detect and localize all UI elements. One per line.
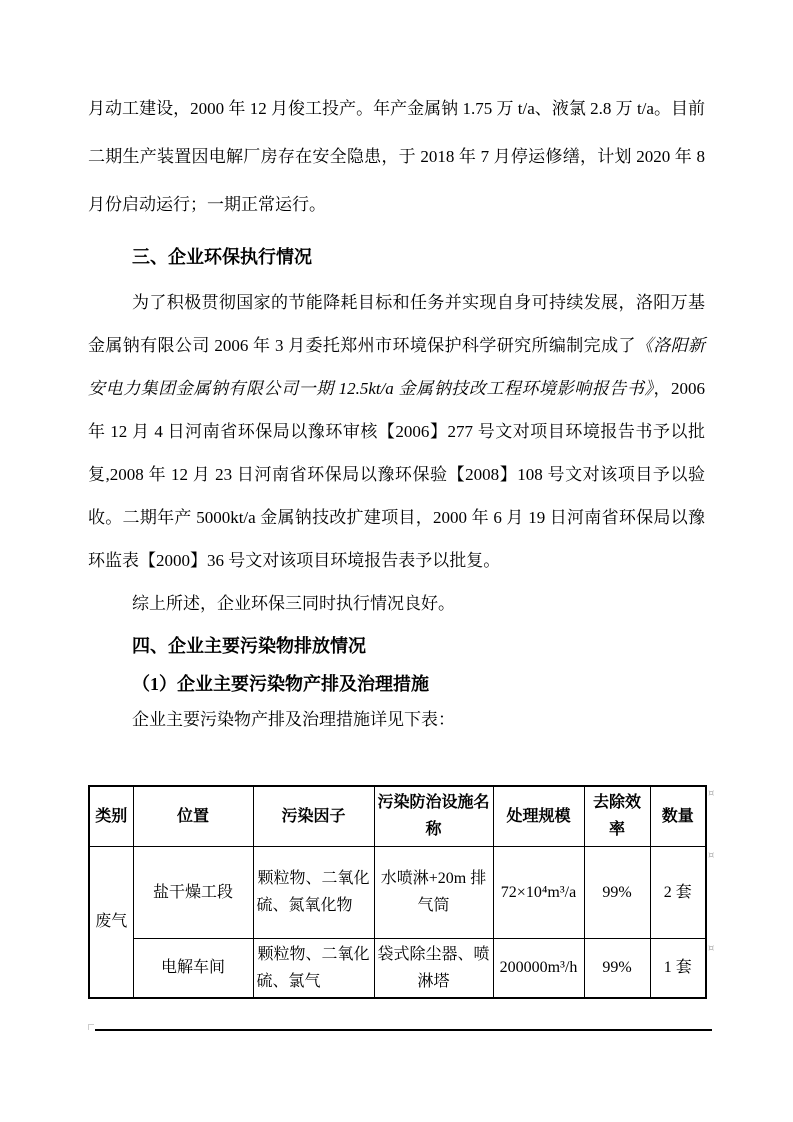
table-row: 电解车间 颗粒物、二氧化硫、氯气 袋式除尘器、喷淋塔 200000m³/h 99… [89, 938, 706, 998]
quantity-cell: 2 套 [650, 846, 706, 938]
col-header-quantity: 数量 [650, 786, 706, 846]
section3-paragraph: 为了积极贯彻国家的节能降耗目标和任务并实现自身可持续发展，洛阳万基金属钠有限公司… [88, 281, 705, 582]
table-intro: 企业主要污染物产排及治理措施详见下表： [88, 703, 705, 737]
col-header-facility: 污染防治设施名称 [374, 786, 493, 846]
row-end-marker-icon: ¤ [708, 944, 714, 954]
rule-end-artifact [88, 1024, 94, 1030]
summary-paragraph: 综上所述，企业环保三同时执行情况良好。 [88, 582, 705, 625]
document-page: 月动工建设，2000 年 12 月俊工投产。年产金属钠 1.75 万 t/a、液… [0, 0, 793, 1122]
facility-cell: 袋式除尘器、喷淋塔 [374, 938, 493, 998]
pollutants-cell: 颗粒物、二氧化硫、氯气 [253, 938, 374, 998]
category-waste-gas-cell: 废气 [89, 846, 133, 998]
col-header-efficiency: 去除效率 [584, 786, 650, 846]
efficiency-cell: 99% [584, 846, 650, 938]
col-header-category: 类别 [89, 786, 133, 846]
pollution-table: 类别 位置 污染因子 污染防治设施名称 处理规模 去除效率 数量 废气 盐干燥工… [88, 785, 707, 999]
pollutants-cell: 颗粒物、二氧化硫、氮氧化物 [253, 846, 374, 938]
quantity-cell: 1 套 [650, 938, 706, 998]
table-row: 废气 盐干燥工段 颗粒物、二氧化硫、氮氧化物 水喷淋+20m 排气筒 72×10… [89, 846, 706, 938]
section3-heading: 三、企业环保执行情况 [88, 243, 705, 271]
facility-cell: 水喷淋+20m 排气筒 [374, 846, 493, 938]
section3-paragraph-run2: ，2006 年 12 月 4 日河南省环保局以豫环审核【2006】277 号文对… [88, 379, 705, 570]
table-header-row: 类别 位置 污染因子 污染防治设施名称 处理规模 去除效率 数量 [89, 786, 706, 846]
subsection1-heading: （1）企业主要污染物产排及治理措施 [88, 669, 705, 699]
col-header-location: 位置 [133, 786, 253, 846]
efficiency-cell: 99% [584, 938, 650, 998]
section3-paragraph-run1: 为了积极贯彻国家的节能降耗目标和任务并实现自身可持续发展，洛阳万基金属钠有限公司… [88, 293, 705, 355]
scale-cell: 72×10⁴m³/a [493, 846, 584, 938]
footer-rule [95, 1029, 712, 1031]
location-cell: 电解车间 [133, 938, 253, 998]
document-body: 月动工建设，2000 年 12 月俊工投产。年产金属钠 1.75 万 t/a、液… [88, 85, 705, 737]
section4-heading: 四、企业主要污染物排放情况 [88, 631, 705, 661]
pollution-table-container: 类别 位置 污染因子 污染防治设施名称 处理规模 去除效率 数量 废气 盐干燥工… [88, 785, 705, 999]
col-header-scale: 处理规模 [493, 786, 584, 846]
paragraph-continuation: 月动工建设，2000 年 12 月俊工投产。年产金属钠 1.75 万 t/a、液… [88, 85, 705, 229]
col-header-pollutants: 污染因子 [253, 786, 374, 846]
scale-cell: 200000m³/h [493, 938, 584, 998]
row-end-marker-icon: ¤ [708, 851, 714, 861]
row-end-marker-icon: ¤ [708, 789, 714, 799]
location-cell: 盐干燥工段 [133, 846, 253, 938]
